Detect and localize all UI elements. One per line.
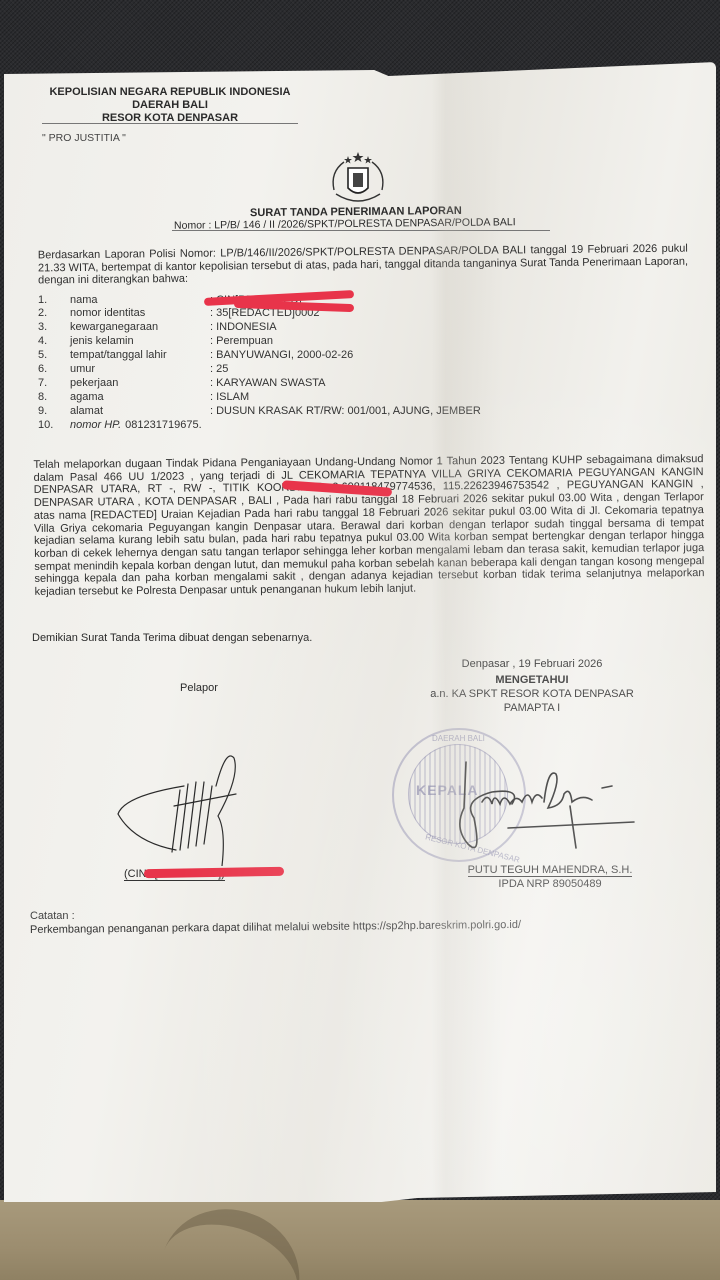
row-value: : KARYAWAN SWASTA [210,377,326,389]
row-value: : 25 [210,363,228,375]
header-line-1: KEPOLISIAN NEGARA REPUBLIK INDONESIA [40,86,300,99]
stamp-top-text: DAERAH BALI [432,734,485,743]
closing-statement: Demikian Surat Tanda Terima dibuat denga… [32,632,312,644]
row-value: : ISLAM [210,391,249,403]
identity-row: 4.jenis kelamin: Perempuan [38,335,273,347]
background-floor [0,1200,720,1280]
notes-text: Perkembangan penanganan perkara dapat di… [30,919,521,936]
row-label: umur [70,363,210,375]
row-value: 081231719675. [125,419,201,431]
reporter-label: Pelapor [180,682,218,694]
document-paper: KEPOLISIAN NEGARA REPUBLIK INDONESIA DAE… [4,62,716,1202]
row-number: 5. [38,349,70,361]
identity-row: 3.kewarganegaraan: INDONESIA [38,321,277,333]
header-divider [42,123,298,124]
row-number: 4. [38,335,70,347]
police-emblem-icon [322,150,394,212]
redaction-mark [144,867,284,878]
row-label: alamat [70,405,210,417]
row-number: 1. [38,294,70,306]
on-behalf-of: a.n. KA SPKT RESOR KOTA DENPASAR [412,688,652,700]
title-divider [172,230,550,231]
row-value: : DUSUN KRASAK RT/RW: 001/001, AJUNG, JE… [210,405,481,417]
row-label: agama [70,391,210,403]
row-number: 10. [38,419,70,431]
row-label: nomor HP. [70,419,121,431]
row-label: nama [70,294,210,306]
reporter-signature [114,746,284,866]
identity-row: 6.umur: 25 [38,363,228,375]
report-body: Telah melaporkan dugaan Tindak Pidana Pe… [33,453,704,599]
officer-rank-nrp: IPDA NRP 89050489 [452,878,648,890]
row-number: 9. [38,405,70,417]
officer-name: PUTU TEGUH MAHENDRA, S.H. [452,864,648,876]
row-number: 2. [38,307,70,319]
row-label: kewarganegaraan [70,321,210,333]
acknowledged-label: MENGETAHUI [412,674,652,686]
identity-row: 5.tempat/tanggal lahir: BANYUWANGI, 2000… [38,349,353,361]
identity-row: 9.alamat: DUSUN KRASAK RT/RW: 001/001, A… [38,405,481,417]
officer-position: PAMAPTA I [412,702,652,714]
place-date: Denpasar , 19 Februari 2026 [412,658,652,670]
officer-name-text: PUTU TEGUH MAHENDRA, S.H. [468,864,633,877]
identity-row: 10.nomor HP.081231719675. [38,419,202,431]
row-value: : Perempuan [210,335,273,347]
officer-signature [452,748,652,868]
row-number: 6. [38,363,70,375]
header-line-2: DAERAH BALI [40,99,300,112]
row-value: : INDONESIA [210,321,277,333]
row-label: jenis kelamin [70,335,210,347]
pro-justitia: " PRO JUSTITIA " [42,132,126,144]
intro-paragraph: Berdasarkan Laporan Polisi Nomor: LP/B/1… [38,243,688,288]
identity-row: 8.agama: ISLAM [38,391,249,403]
notes-label: Catatan : [30,910,75,922]
row-number: 3. [38,321,70,333]
row-number: 7. [38,377,70,389]
row-label: pekerjaan [70,377,210,389]
row-label: tempat/tanggal lahir [70,349,210,361]
row-value: : BANYUWANGI, 2000-02-26 [210,349,353,361]
row-number: 8. [38,391,70,403]
identity-row: 7.pekerjaan: KARYAWAN SWASTA [38,377,326,389]
row-label: nomor identitas [70,307,210,319]
